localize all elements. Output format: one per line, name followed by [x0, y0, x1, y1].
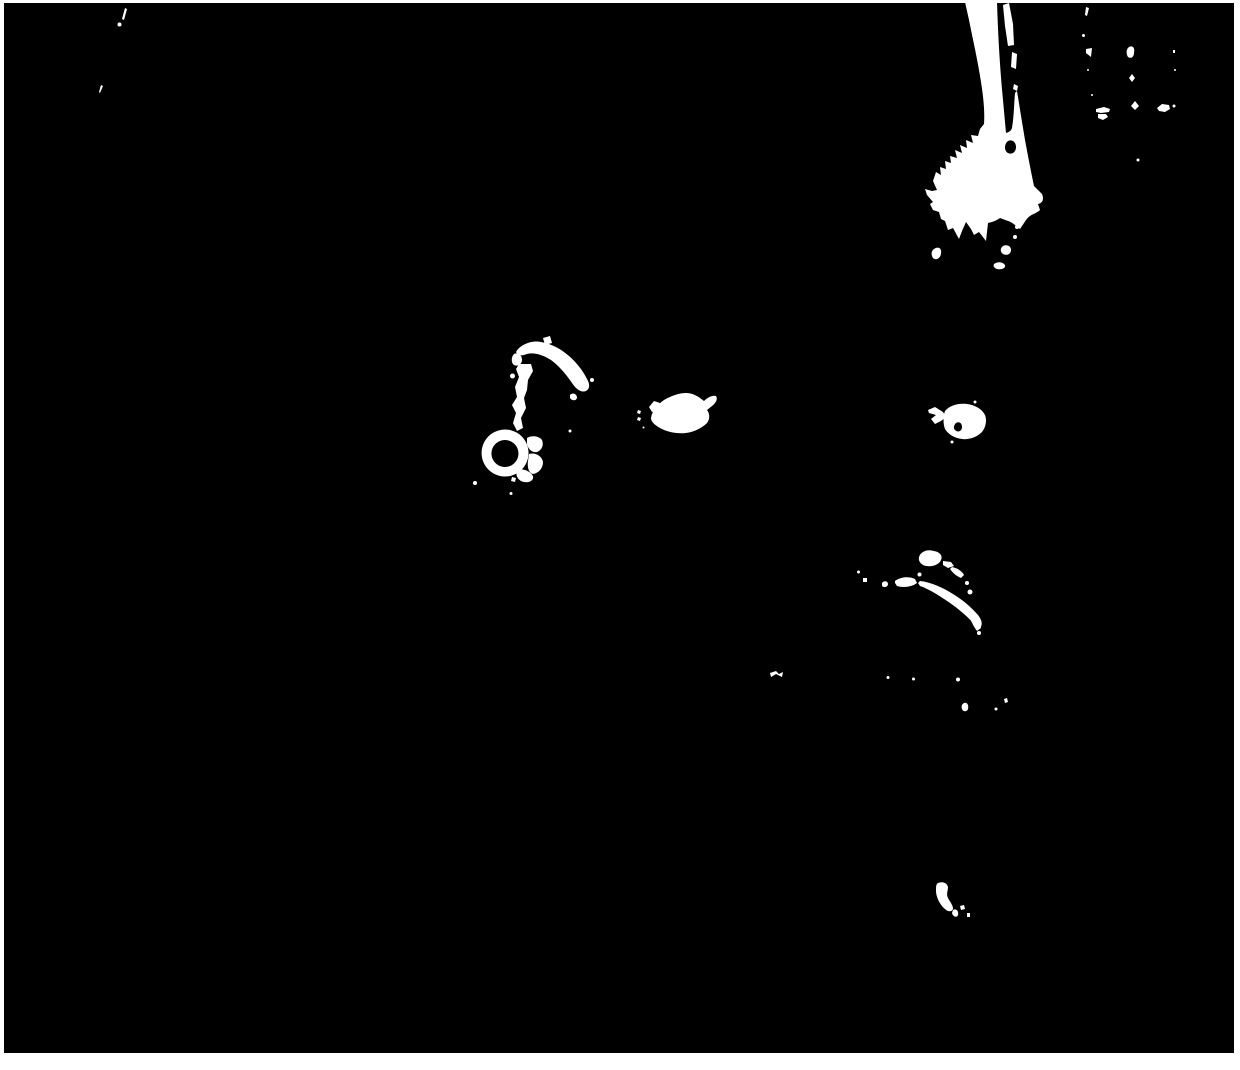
hook-dot-left — [510, 374, 515, 379]
image-background — [0, 0, 1240, 1070]
streak-arc-dot-2 — [968, 590, 973, 595]
hook-arc-end-dot — [590, 378, 594, 382]
bottom-speck-3 — [967, 913, 970, 917]
right-blob-dot-bottom — [951, 441, 954, 444]
streak-end-dot — [977, 631, 981, 635]
ring-dot-left — [473, 481, 477, 485]
speck-below-blob-5 — [1013, 235, 1017, 239]
right-blob-dot-top — [974, 401, 977, 404]
tr-tick-1 — [1173, 50, 1175, 53]
row-dot-1 — [887, 676, 890, 679]
row-dot-3 — [956, 678, 960, 682]
center-blob-dot — [643, 427, 645, 429]
left-dot-1 — [118, 23, 122, 27]
binary-mask-svg — [0, 0, 1240, 1070]
tr-dot-1 — [1082, 34, 1085, 37]
streak-left-speck-1 — [863, 578, 867, 582]
row-dot-4 — [995, 708, 998, 711]
frame-top — [0, 0, 1240, 3]
binary-image-figure — [0, 0, 1240, 1070]
streak-arc-dot-1 — [965, 581, 969, 585]
frame-bottom — [0, 1053, 1240, 1070]
row-dot-2 — [912, 678, 915, 681]
streak-left-dot-2 — [918, 573, 922, 577]
hook-speck-right-2 — [569, 430, 572, 433]
right-blob — [944, 404, 987, 439]
tr-dot-5 — [1173, 105, 1176, 108]
region-stalk-dash-1 — [1011, 52, 1017, 69]
speck-below-blob-4 — [1015, 225, 1019, 229]
tr-dot-2 — [1087, 69, 1089, 71]
tr-dot-4 — [1091, 94, 1093, 96]
tr-dot-3 — [1174, 69, 1176, 71]
frame-right — [1234, 0, 1240, 1070]
dot-right-field — [1137, 159, 1140, 162]
speck-below-blob-2 — [1001, 245, 1011, 255]
frame-left — [0, 0, 4, 1070]
streak-left-dot-1 — [857, 571, 860, 574]
ring-dot-below — [510, 492, 513, 495]
row-blob-1 — [962, 703, 969, 711]
